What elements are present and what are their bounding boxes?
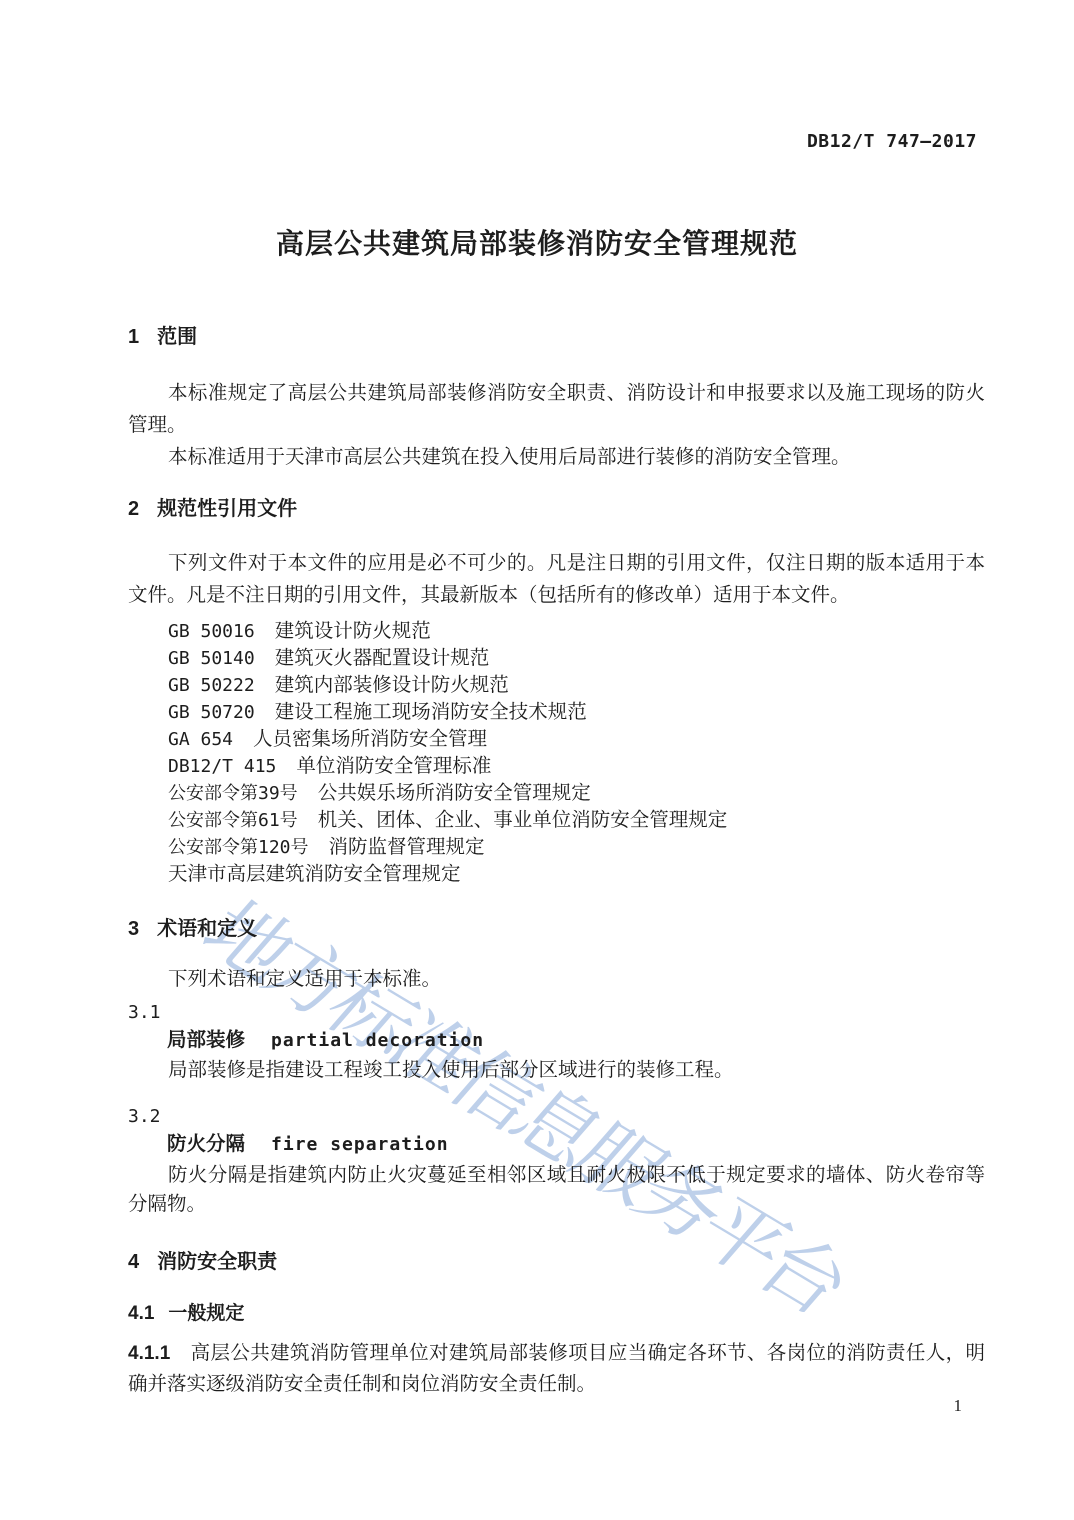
reference-title: 建筑设计防火规范 xyxy=(275,618,431,645)
reference-item: 公安部令第120号消防监督管理规定 xyxy=(168,834,985,861)
reference-code: DB12/T 415 xyxy=(168,753,276,780)
term-english: fire separation xyxy=(271,1134,449,1155)
section-2-paragraph-1: 下列文件对于本文件的应用是必不可少的。凡是注日期的引用文件，仅注日期的版本适用于… xyxy=(128,548,985,612)
reference-code: GB 50140 xyxy=(168,645,255,672)
reference-title: 单位消防安全管理标准 xyxy=(296,753,491,780)
term-definition: 局部装修是指建设工程竣工投入使用后部分区域进行的装修工程。 xyxy=(128,1057,985,1085)
section-3-title: 术语和定义 xyxy=(157,918,257,940)
term-line: 局部装修partial decoration xyxy=(128,1027,985,1055)
reference-title: 建设工程施工现场消防安全技术规范 xyxy=(275,699,587,726)
reference-item: 天津市高层建筑消防安全管理规定 xyxy=(168,861,985,888)
reference-item: DB12/T 415单位消防安全管理标准 xyxy=(168,753,985,780)
clause-number: 4.1.1 xyxy=(128,1343,170,1364)
reference-title: 建筑内部装修设计防火规范 xyxy=(275,672,509,699)
doc-code: DB12/T 747—2017 xyxy=(0,0,1074,152)
reference-code: GA 654 xyxy=(168,726,233,753)
reference-title: 消防监督管理规定 xyxy=(329,834,485,861)
reference-item: GA 654人员密集场所消防安全管理 xyxy=(168,726,985,753)
section-1-number: 1 xyxy=(128,326,139,348)
section-2-title: 规范性引用文件 xyxy=(157,498,297,520)
section-2-number: 2 xyxy=(128,498,139,520)
term-line: 防火分隔fire separation xyxy=(128,1131,985,1159)
reference-title: 机关、团体、企业、事业单位消防安全管理规定 xyxy=(318,807,728,834)
reference-code: 公安部令第39号 xyxy=(168,780,298,807)
page-number: 1 xyxy=(954,1396,963,1416)
reference-title: 建筑灭火器配置设计规范 xyxy=(275,645,490,672)
clause-text: 高层公共建筑消防管理单位对建筑局部装修项目应当确定各环节、各岗位的消防责任人，明… xyxy=(128,1343,985,1395)
section-2-heading: 2规范性引用文件 xyxy=(128,496,985,522)
section-4-1-heading: 4.1一般规定 xyxy=(128,1301,985,1326)
reference-title: 天津市高层建筑消防安全管理规定 xyxy=(168,861,461,888)
term-english: partial decoration xyxy=(271,1030,484,1051)
reference-item: 公安部令第39号公共娱乐场所消防安全管理规定 xyxy=(168,780,985,807)
term-number: 3.1 xyxy=(128,1001,985,1025)
section-1-paragraph-1: 本标准规定了高层公共建筑局部装修消防安全职责、消防设计和申报要求以及施工现场的防… xyxy=(128,378,985,442)
reference-code: GB 50222 xyxy=(168,672,255,699)
document-page: 地方标准信息服务平台 DB12/T 747—2017 高层公共建筑局部装修消防安… xyxy=(0,0,1074,1520)
term-definition: 防火分隔是指建筑内防止火灾蔓延至相邻区域且耐火极限不低于规定要求的墙体、防火卷帘… xyxy=(128,1161,985,1219)
section-3-number: 3 xyxy=(128,918,139,940)
section-4-heading: 4消防安全职责 xyxy=(128,1249,985,1275)
term-number: 3.2 xyxy=(128,1105,985,1129)
reference-item: GB 50222建筑内部装修设计防火规范 xyxy=(168,672,985,699)
section-1-paragraph-2: 本标准适用于天津市高层公共建筑在投入使用后局部进行装修的消防安全管理。 xyxy=(128,442,985,474)
section-4-number: 4 xyxy=(128,1251,139,1273)
section-4-1-title: 一般规定 xyxy=(168,1303,244,1324)
doc-title: 高层公共建筑局部装修消防安全管理规范 xyxy=(0,222,1074,262)
reference-item: GB 50016建筑设计防火规范 xyxy=(168,618,985,645)
reference-code: GB 50016 xyxy=(168,618,255,645)
reference-item: GB 50720建设工程施工现场消防安全技术规范 xyxy=(168,699,985,726)
section-4-1-number: 4.1 xyxy=(128,1303,154,1324)
section-1-heading: 1范围 xyxy=(128,324,985,350)
section-4-title: 消防安全职责 xyxy=(157,1251,277,1273)
reference-item: GB 50140建筑灭火器配置设计规范 xyxy=(168,645,985,672)
term-chinese: 防火分隔 xyxy=(167,1133,245,1155)
term-block: 3.2 防火分隔fire separation 防火分隔是指建筑内防止火灾蔓延至… xyxy=(128,1105,985,1219)
reference-code: 公安部令第120号 xyxy=(168,834,309,861)
term-block: 3.1 局部装修partial decoration 局部装修是指建设工程竣工投… xyxy=(128,1001,985,1085)
clause-4-1-1: 4.1.1高层公共建筑消防管理单位对建筑局部装修项目应当确定各环节、各岗位的消防… xyxy=(128,1338,985,1400)
reference-title: 人员密集场所消防安全管理 xyxy=(253,726,487,753)
reference-item: 公安部令第61号机关、团体、企业、事业单位消防安全管理规定 xyxy=(168,807,985,834)
section-3-intro: 下列术语和定义适用于本标准。 xyxy=(128,966,985,993)
reference-code: 公安部令第61号 xyxy=(168,807,298,834)
reference-list: GB 50016建筑设计防火规范 GB 50140建筑灭火器配置设计规范 GB … xyxy=(128,618,985,888)
section-1-title: 范围 xyxy=(157,326,197,348)
reference-code: GB 50720 xyxy=(168,699,255,726)
document-body: 1范围 本标准规定了高层公共建筑局部装修消防安全职责、消防设计和申报要求以及施工… xyxy=(0,324,1074,1400)
reference-title: 公共娱乐场所消防安全管理规定 xyxy=(318,780,591,807)
section-3-heading: 3术语和定义 xyxy=(128,916,985,942)
term-chinese: 局部装修 xyxy=(167,1029,245,1051)
